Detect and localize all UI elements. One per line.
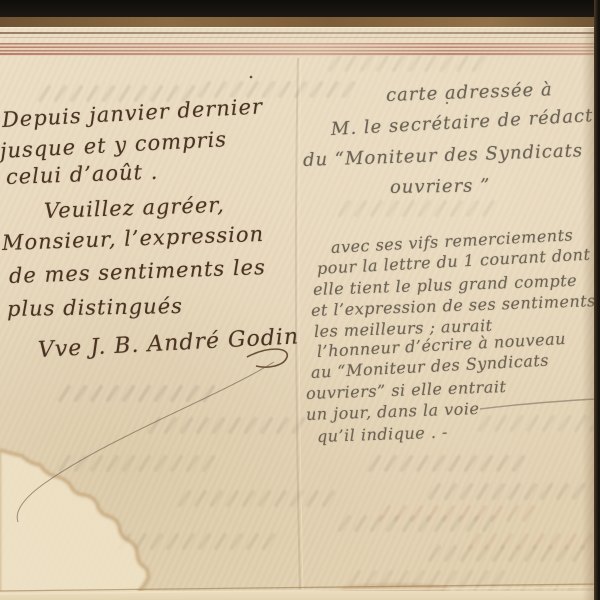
right-heading-line-4: ouvriers ” [390,175,491,198]
top-black-border [0,0,600,17]
marbled-red-edge-fade [0,43,600,56]
right-page-edge-shadow [582,17,594,600]
top-edge-hairline-2 [0,37,600,38]
manuscript-scan: Depuis janvier dernier jusque et y compr… [0,0,600,600]
bottom-page-strip [0,591,600,600]
left-closing-line-4: plus distingués [7,294,183,321]
right-black-border [594,0,600,600]
top-edge-hairline [0,32,600,34]
page-block-edge [0,17,600,27]
